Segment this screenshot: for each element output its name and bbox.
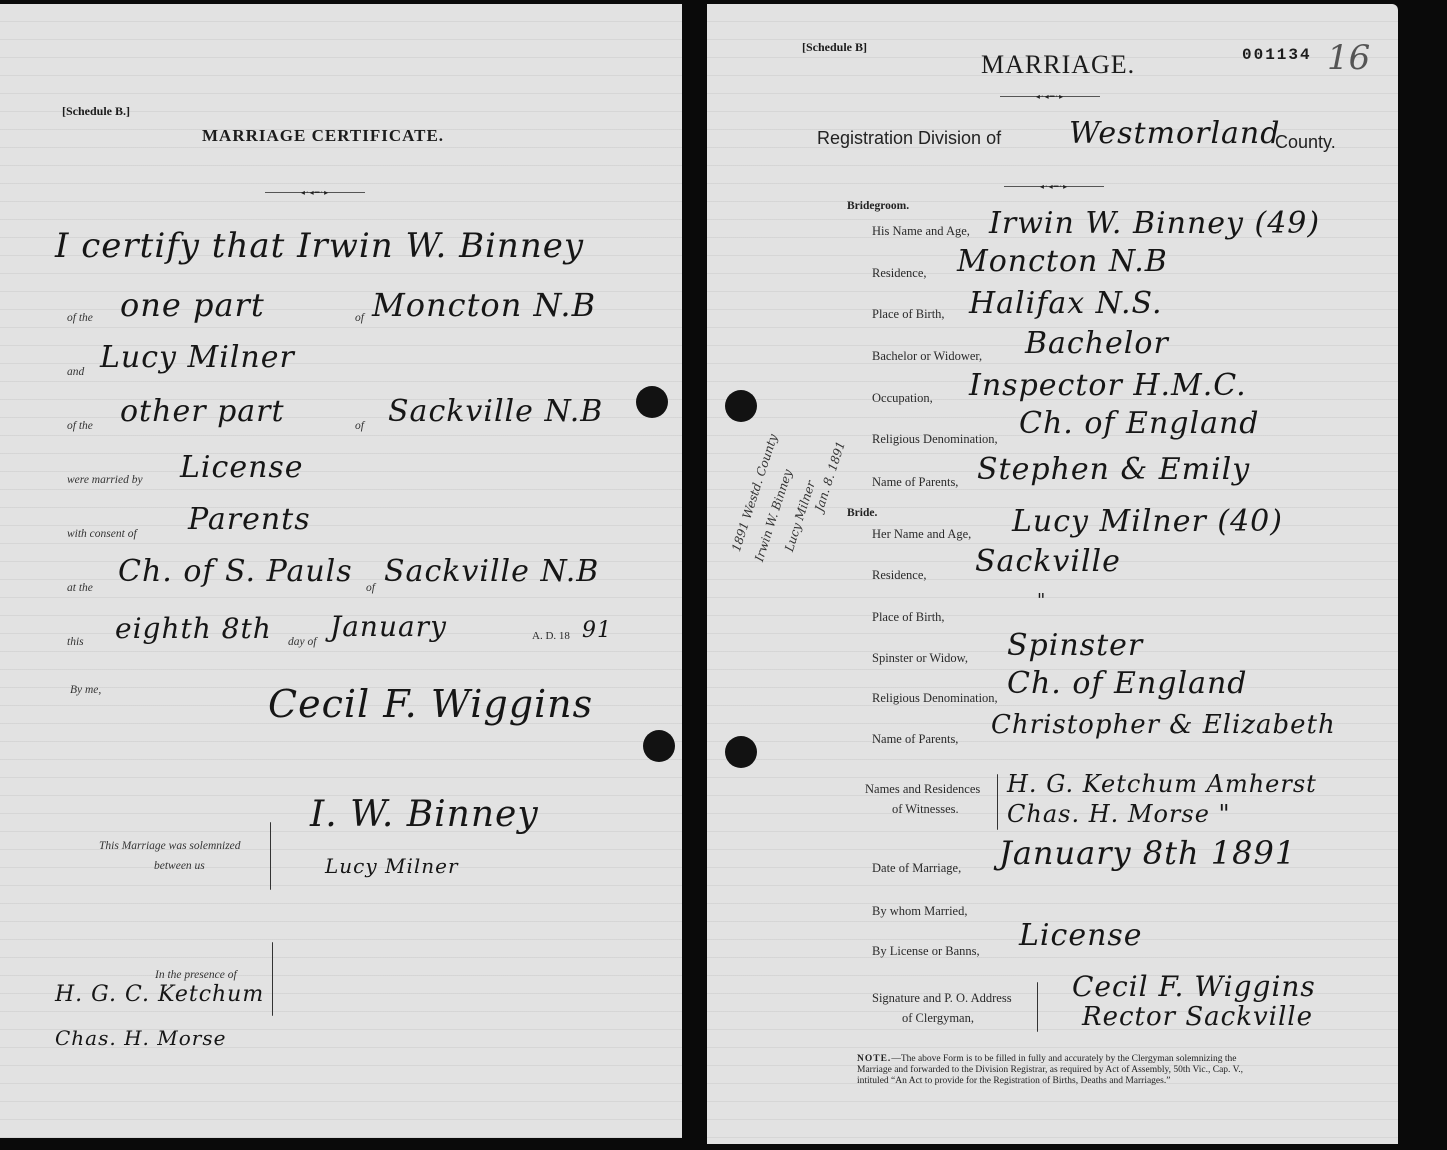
bride-birthplace-label: Place of Birth, (872, 610, 945, 625)
groom-religion-label: Religious Denomination, (872, 432, 998, 447)
groom-name-label: His Name and Age, (872, 224, 970, 239)
bride-parents-label: Name of Parents, (872, 732, 958, 747)
groom-occupation-label: Occupation, (872, 391, 933, 406)
groom-parents-value: Stephen & Emily (977, 452, 1250, 487)
bride-religion-label: Religious Denomination, (872, 691, 998, 706)
page-number: 16 (1327, 38, 1370, 78)
marriage-date-value: January 8th 1891 (999, 834, 1296, 872)
groom-religion-value: Ch. of England (1019, 406, 1259, 441)
bride-name-label: Her Name and Age, (872, 527, 971, 542)
ornament-divider: ◂·◂━·▸ (265, 188, 365, 198)
presence-label: In the presence of (155, 969, 237, 981)
brace (270, 822, 271, 890)
groom-birthplace-value: Halifax N.S. (969, 286, 1163, 321)
witnesses-label-2: of Witnesses. (892, 802, 959, 817)
marriage-date-label: Date of Marriage, (872, 861, 961, 876)
bride-heading: Bride. (847, 507, 877, 519)
bride-residence-label: Residence, (872, 568, 927, 583)
license-value: License (1019, 918, 1143, 953)
witness-signature-1: H. G. C. Ketchum (55, 982, 264, 1007)
clergy-signature: Cecil F. Wiggins (1072, 970, 1316, 1003)
bride-parents-value: Christopher & Elizabeth (991, 710, 1336, 740)
schedule-label: [Schedule B] (802, 40, 867, 55)
by-whom-label: By whom Married, (872, 904, 967, 919)
field-value-church-place: Sackville N.B (384, 554, 599, 589)
note-block: NOTE.—The above Form is to be filled in … (857, 1054, 1243, 1087)
schedule-label: [Schedule B.] (62, 104, 130, 119)
field-value-church: Ch. of S. Pauls (118, 554, 353, 589)
marriage-certificate-page: [Schedule B.] MARRIAGE CERTIFICATE. ◂·◂━… (0, 4, 682, 1138)
page-title: MARRIAGE CERTIFICATE. (202, 126, 444, 146)
field-label-year-prefix: A. D. 18 (532, 630, 570, 642)
bride-residence-value: Sackville (975, 544, 1121, 579)
field-value-groom-residence: Moncton N.B (372, 286, 596, 324)
field-label-this: this (67, 636, 84, 648)
bride-status-label: Spinster or Widow, (872, 651, 968, 666)
field-label-of-the: of the (67, 312, 93, 324)
field-value-month: January (330, 610, 447, 643)
registration-county-suffix: County. (1275, 132, 1336, 153)
groom-status-value: Bachelor (1025, 326, 1169, 361)
witness-signature-2: Chas. H. Morse (55, 1026, 226, 1050)
field-value-day: eighth 8th (115, 612, 272, 645)
ornament-divider: ◂·◂━·▸ (1004, 182, 1104, 192)
field-label-of: of (355, 312, 364, 324)
punch-hole (636, 386, 668, 418)
witnesses-label: Names and Residences (865, 782, 980, 797)
field-label-of-3: of (366, 582, 375, 594)
clergy-label: Signature and P. O. Address (872, 991, 1012, 1006)
punch-hole (725, 736, 757, 768)
marriage-registration-page: [Schedule B] MARRIAGE. 001134 16 ◂·◂━·▸ … (707, 4, 1398, 1144)
brace (997, 774, 998, 830)
groom-status-label: Bachelor or Widower, (872, 349, 982, 364)
groom-residence-label: Residence, (872, 266, 927, 281)
bride-name-value: Lucy Milner (40) (1012, 504, 1283, 539)
license-label: By License or Banns, (872, 944, 980, 959)
field-value-married-by: License (180, 450, 304, 485)
field-value-year: 91 (582, 618, 612, 643)
field-label-and: and (67, 366, 84, 378)
margin-annotation-line: Jan. 8. 1891 (812, 439, 848, 513)
field-label-consent: with consent of (67, 528, 137, 540)
clergy-signature: Cecil F. Wiggins (268, 682, 593, 726)
brace (1037, 982, 1038, 1032)
page-title: MARRIAGE. (981, 50, 1135, 80)
witness-1-value: H. G. Ketchum Amherst (1007, 770, 1317, 798)
field-value-bride-residence: Sackville N.B (388, 394, 603, 429)
clergy-address: Rector Sackville (1082, 1002, 1313, 1032)
witness-2-value: Chas. H. Morse " (1007, 800, 1231, 828)
field-value-groom-part: one part (120, 286, 265, 324)
certify-line: I certify that Irwin W. Binney (55, 226, 584, 266)
bride-signature: Lucy Milner (325, 854, 459, 878)
note-line-3: intituled “An Act to provide for the Reg… (857, 1076, 1243, 1087)
groom-name-value: Irwin W. Binney (49) (989, 206, 1320, 241)
brace (272, 942, 273, 1016)
punch-hole (725, 390, 757, 422)
field-value-bride-name: Lucy Milner (100, 340, 295, 375)
field-label-day-of: day of (288, 636, 316, 648)
groom-signature: I. W. Binney (310, 794, 539, 835)
field-label-at-the: at the (67, 582, 93, 594)
punch-hole (643, 730, 675, 762)
groom-parents-label: Name of Parents, (872, 475, 958, 490)
registration-prefix: Registration Division of (817, 128, 1001, 148)
bride-status-value: Spinster (1007, 628, 1143, 663)
note-heading: NOTE. (857, 1054, 891, 1064)
solemnized-label-2: between us (154, 860, 205, 872)
field-value-bride-part: other part (120, 394, 285, 429)
bridegroom-heading: Bridegroom. (847, 200, 909, 212)
registration-county-value: Westmorland (1069, 116, 1280, 151)
field-label-married-by: were married by (67, 474, 143, 486)
groom-residence-value: Moncton N.B (957, 244, 1168, 279)
serial-number: 001134 (1242, 46, 1312, 64)
note-line-1: —The above Form is to be filled in fully… (891, 1054, 1236, 1064)
registration-division-label: Registration Division of (817, 128, 1001, 149)
field-label-of-the-2: of the (67, 420, 93, 432)
by-me-label: By me, (70, 684, 101, 696)
groom-birthplace-label: Place of Birth, (872, 307, 945, 322)
clergy-label-2: of Clergyman, (902, 1011, 974, 1026)
solemnized-label: This Marriage was solemnized (99, 840, 241, 852)
ornament-divider: ◂·◂━·▸ (1000, 92, 1100, 102)
groom-occupation-value: Inspector H.M.C. (969, 368, 1247, 403)
bride-religion-value: Ch. of England (1007, 666, 1247, 701)
bride-birthplace-value: " (1037, 590, 1046, 611)
note-line-2: Marriage and forwarded to the Division R… (857, 1065, 1243, 1076)
field-value-consent: Parents (188, 502, 311, 537)
field-label-of-2: of (355, 420, 364, 432)
